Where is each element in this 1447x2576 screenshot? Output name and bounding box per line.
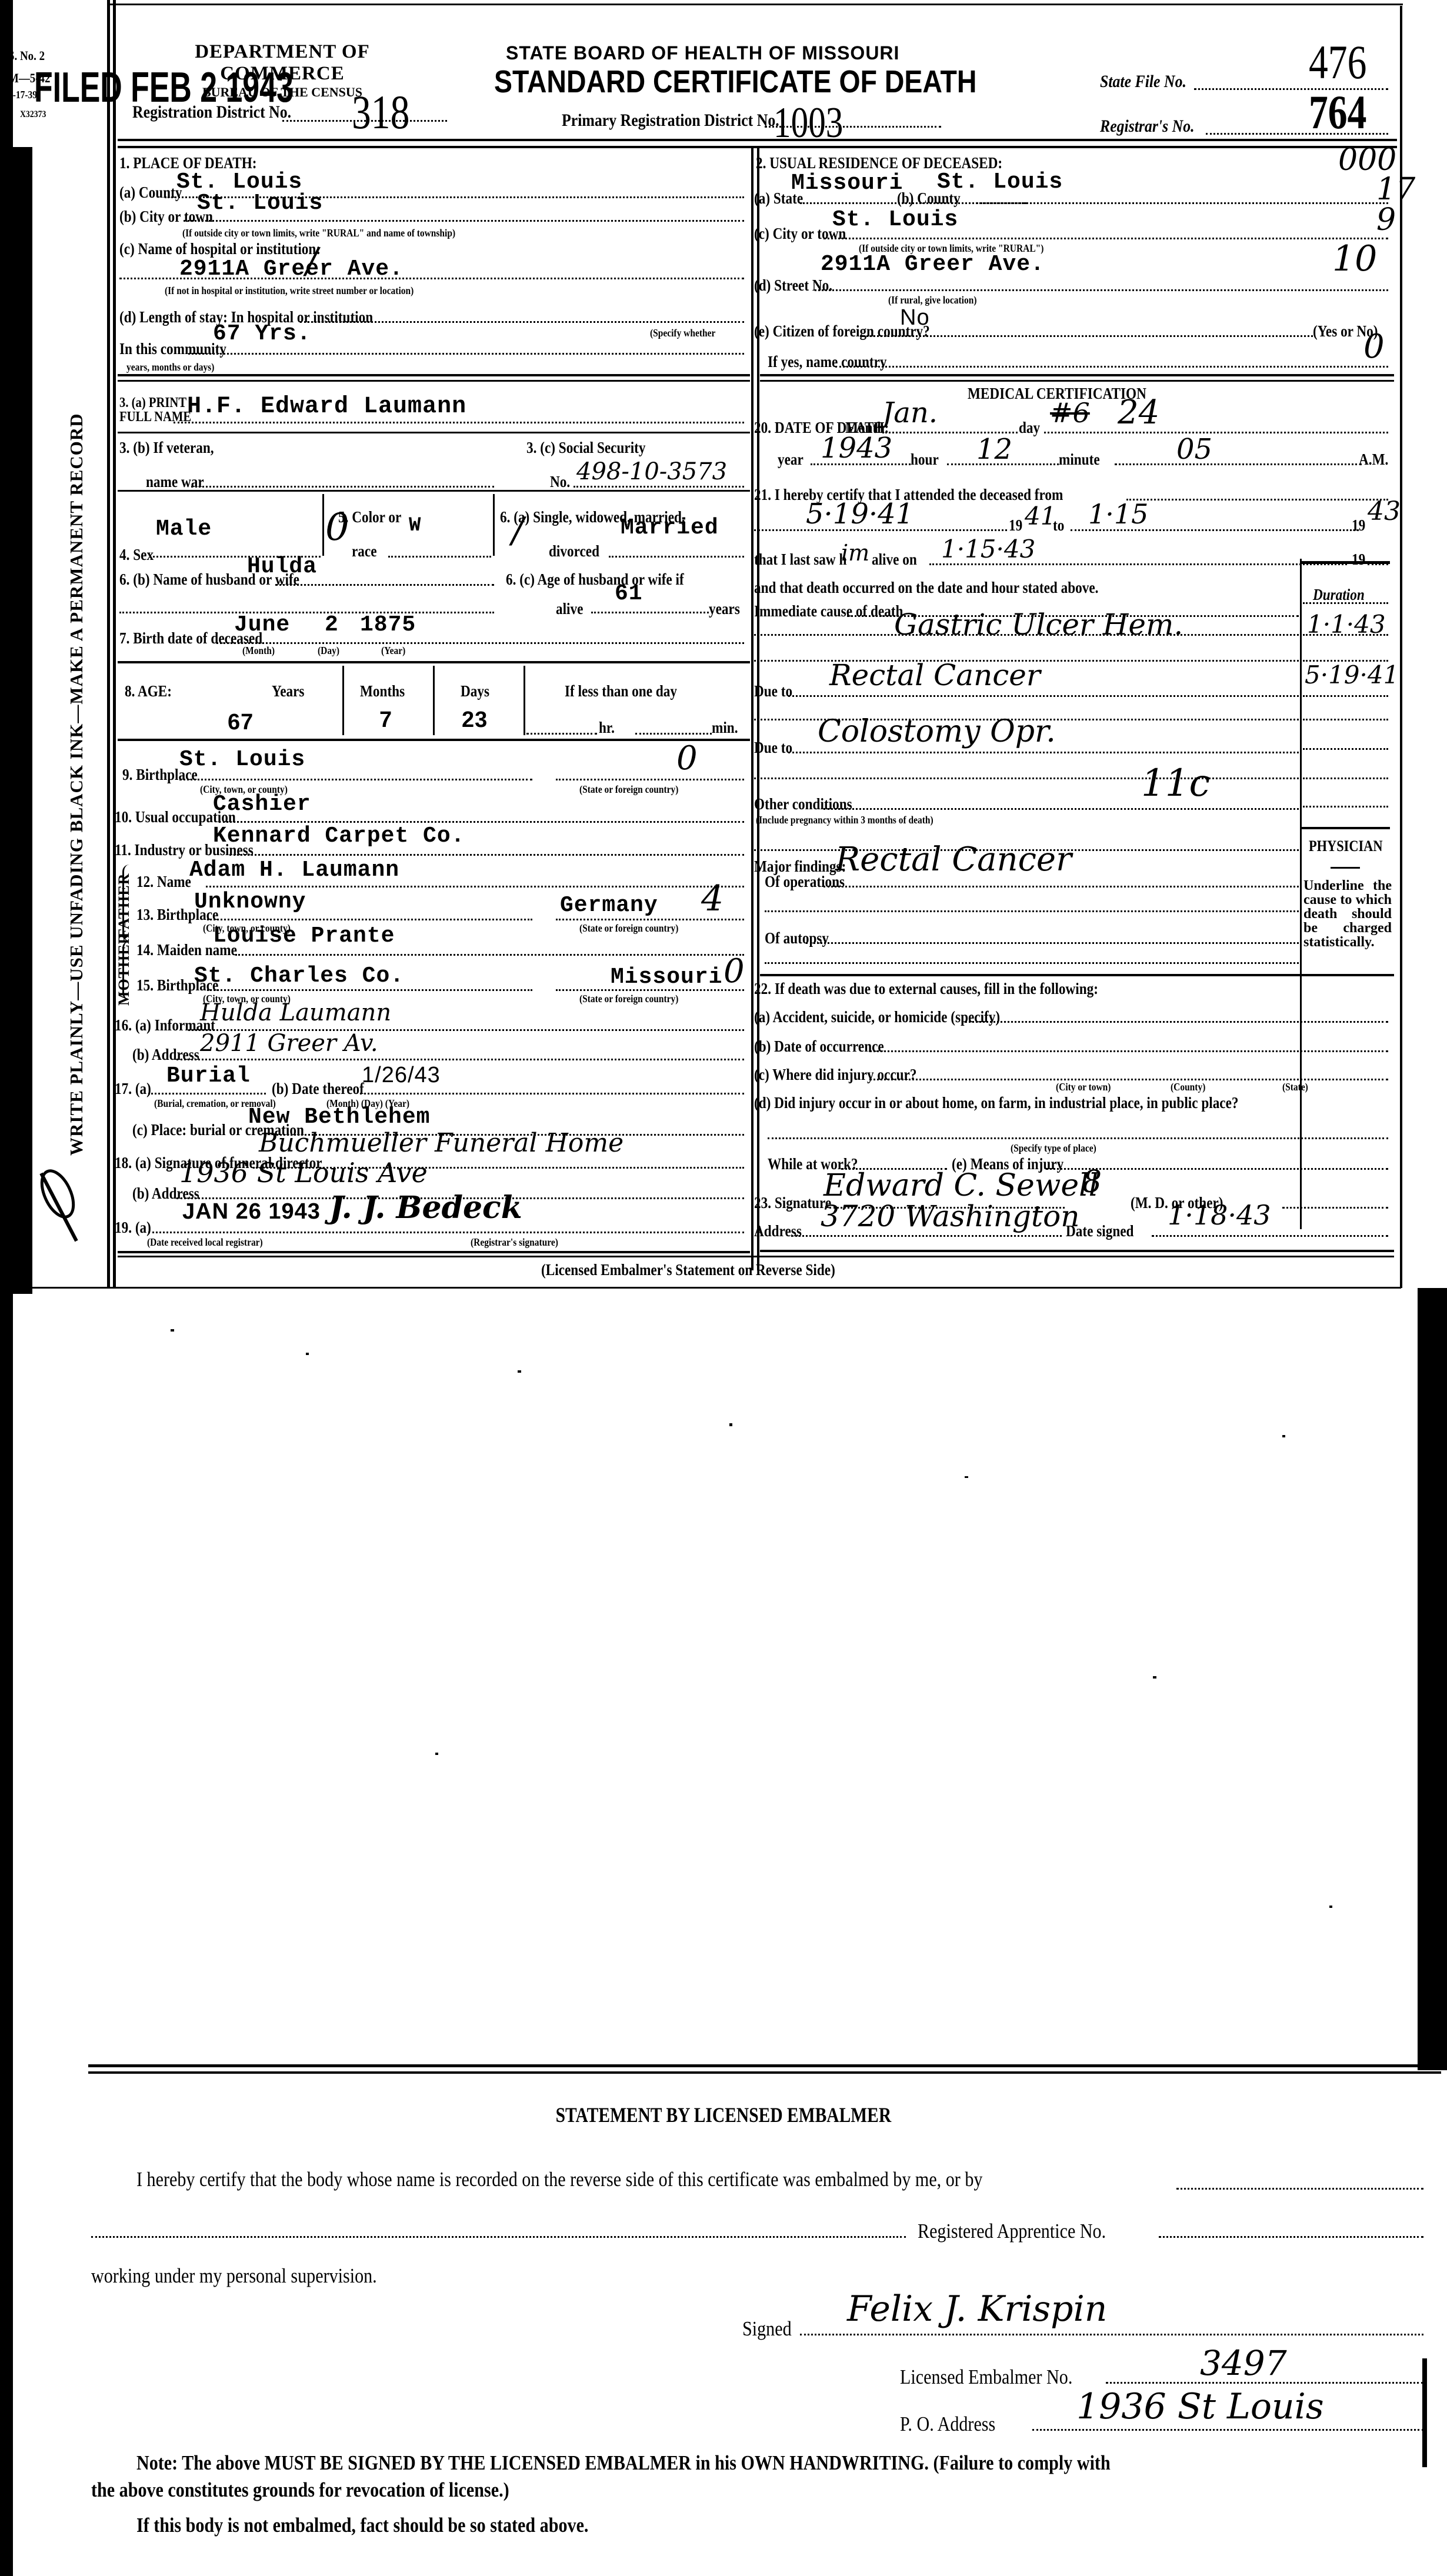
- section-rule: [118, 1256, 1394, 1257]
- alive-label: alive on: [872, 550, 917, 568]
- other-conditions-label: Other conditions: [754, 795, 852, 813]
- informant-value: Hulda Laumann: [200, 1000, 391, 1026]
- attended-to-value: 1·15: [1088, 501, 1148, 527]
- scan-speck: [729, 1423, 732, 1426]
- autopsy-label: Of autopsy: [765, 929, 829, 947]
- scan-speck: [1153, 1676, 1156, 1679]
- from-year-prefix: 19: [1009, 516, 1022, 534]
- father-name-label: 12. Name: [136, 873, 191, 890]
- age-months-label: Months: [360, 682, 405, 700]
- physician-box-text: Underline the cause to which death shoul…: [1303, 879, 1392, 949]
- res-street-label: (d) Street No.: [754, 276, 832, 294]
- frame-top: [109, 4, 1403, 5]
- age-less-label: If less than one day: [565, 682, 677, 700]
- death-year-label: year: [778, 451, 803, 468]
- registrar-sig-hint: (Registrar's signature): [471, 1236, 558, 1248]
- sex-value: Male: [156, 518, 212, 541]
- death-year-value: 1943: [821, 435, 892, 461]
- embalmer-rule-2: [88, 2071, 1441, 2074]
- marital-label-b: divorced: [549, 542, 599, 560]
- last-saw-pronoun: im: [841, 540, 869, 566]
- registration-district-value: 318: [352, 88, 409, 136]
- color-label-b: race: [352, 542, 377, 560]
- section-rule: [760, 1250, 1394, 1252]
- disposition-date-label: (b) Date thereof: [272, 1080, 364, 1097]
- form-code: 5-17-39: [8, 86, 37, 104]
- external-c-county-hint: (County): [1171, 1081, 1205, 1093]
- pod-community-hint: years, months or days): [126, 361, 214, 373]
- scan-speck: [1282, 1435, 1285, 1437]
- to-year-value: 43: [1368, 499, 1401, 525]
- to-label: to: [1053, 516, 1064, 534]
- sex-label: 4. Sex: [119, 546, 154, 563]
- father-birth-country: Germany: [560, 894, 658, 917]
- right-edge-bar: [1422, 2358, 1427, 2467]
- ss-no-label: No.: [550, 473, 570, 490]
- informant-address-value: 2911 Greer Av.: [200, 1030, 378, 1056]
- residence-code: 9: [1376, 207, 1396, 233]
- last-saw-label: that I last saw h: [754, 550, 846, 568]
- operations-value: Rectal Cancer: [835, 847, 1072, 873]
- residence-code: 000: [1338, 147, 1396, 173]
- ss-value: 498-10-3573: [576, 459, 727, 485]
- month-hint: (Month): [242, 645, 275, 656]
- alive-value: 1·15·43: [941, 536, 1035, 562]
- section-rule: [760, 974, 1394, 976]
- death-day-value: 24: [1118, 400, 1159, 426]
- embalmer-rule-1: [88, 2064, 1441, 2067]
- residence-code: 0: [1363, 334, 1385, 360]
- reverse-side-note: (Licensed Embalmer's Statement on Revers…: [541, 1261, 835, 1279]
- dept-title: DEPARTMENT OF COMMERCE: [132, 41, 432, 85]
- father-birth-code: 4: [701, 886, 723, 912]
- birthplace-code: 0: [676, 746, 698, 772]
- embalmer-note-1: Note: The above MUST BE SIGNED BY THE LI…: [136, 2451, 1111, 2475]
- year-hint: (Year): [381, 645, 405, 656]
- external-d-label: (d) Did injury occur in or about home, o…: [754, 1094, 1239, 1112]
- form-code: S. No. 2: [8, 47, 45, 65]
- color-label-a: 5. Color or: [338, 508, 401, 526]
- age-days-value: 23: [462, 708, 488, 732]
- other-conditions-mark: 11c: [1141, 770, 1210, 796]
- date-received-value: JAN 26 1943: [182, 1200, 321, 1223]
- father-brace: [122, 865, 135, 941]
- physician-signature: Edward C. Sewell: [823, 1173, 1098, 1199]
- frame-left-outer: [107, 0, 110, 1288]
- birthplace-state-hint: (State or foreign country): [579, 783, 678, 795]
- death-minute-label: minute: [1059, 451, 1100, 468]
- embalmer-heading: STATEMENT BY LICENSED EMBALMER: [556, 2103, 892, 2127]
- page-title: STANDARD CERTIFICATE OF DEATH: [494, 64, 976, 100]
- section-rule: [118, 661, 750, 663]
- scan-speck: [171, 1329, 174, 1332]
- spouse-age-value: 61: [615, 582, 643, 606]
- attended-from-value: 5·19·41: [806, 501, 913, 527]
- mother-birth-city: St. Charles Co.: [194, 965, 404, 988]
- death-day-label: day: [1019, 419, 1040, 436]
- embalmer-heading-wrap: STATEMENT BY LICENSED EMBALMER: [0, 2103, 1447, 2127]
- header-rule-1: [118, 139, 1397, 141]
- res-country-label: If yes, name country: [768, 353, 887, 371]
- mother-birth-code: 0: [723, 959, 745, 985]
- to-year-prefix: 19: [1352, 516, 1365, 534]
- apprentice-label: Registered Apprentice No.: [918, 2220, 1106, 2243]
- right-scan-edge: [1418, 1288, 1447, 2070]
- section-rule: [118, 1251, 750, 1253]
- section-rule: [118, 380, 750, 382]
- date-received-hint: (Date received local registrar): [147, 1236, 263, 1248]
- disposition-label: 17. (a): [115, 1080, 151, 1097]
- res-citizen-value: No: [900, 306, 930, 329]
- physician-address-label: Address: [754, 1222, 802, 1240]
- section-rule: [118, 432, 750, 433]
- certificate-bottom-rule: [13, 1287, 1401, 1289]
- burial-place-value: New Bethlehem: [248, 1106, 430, 1129]
- res-city-value: St. Louis: [832, 208, 958, 232]
- due1-duration: 5·19·41: [1305, 662, 1399, 688]
- father-name-value: Adam H. Laumann: [189, 859, 399, 882]
- operations-label: Of operations: [765, 873, 845, 890]
- left-scan-edge-upper: [0, 147, 32, 1294]
- pod-community-label: In this community: [119, 340, 226, 358]
- physician-box-title: PHYSICIAN: [1309, 837, 1382, 855]
- po-address-label: P. O. Address: [900, 2413, 995, 2436]
- external-b-label: (b) Date of occurrence: [754, 1037, 884, 1055]
- age-years-value: 67: [228, 710, 254, 734]
- column-divider-1: [751, 147, 753, 1270]
- age-days-label: Days: [461, 682, 489, 700]
- date-signed-label: Date signed: [1066, 1222, 1133, 1240]
- signed-label: Signed: [742, 2317, 792, 2341]
- date-signed-value: 1·18·43: [1168, 1202, 1271, 1228]
- scan-speck: [306, 1353, 309, 1355]
- registrar-signature: J. J. Bedeck: [329, 1195, 522, 1221]
- pod-hospital-label: (c) Name of hospital or institution:: [119, 240, 321, 258]
- spouse-age-unit: years: [709, 600, 740, 618]
- min-label: min.: [712, 719, 738, 736]
- external-c-label: (c) Where did injury occur?: [754, 1066, 916, 1083]
- funeral-director-value: Buchmueller Funeral Home: [259, 1130, 624, 1156]
- external-a-label: (a) Accident, suicide, or homicide (spec…: [754, 1008, 1000, 1026]
- from-year-value: 41: [1025, 503, 1056, 529]
- registrar-initial-mark: [35, 1162, 79, 1244]
- registrar-value: 764: [1309, 88, 1366, 136]
- pod-county-label: (a) County: [119, 183, 182, 201]
- external-c-city-hint: (City or town): [1056, 1081, 1111, 1093]
- due2-value: Colostomy Opr.: [818, 719, 1056, 745]
- due2-label: Due to: [754, 739, 792, 756]
- state-file-label: State File No.: [1100, 73, 1186, 91]
- pod-stay-value: 67 Yrs.: [213, 322, 311, 346]
- death-hour-value: 12: [976, 436, 1012, 462]
- embalmer-line3: working under my personal supervision.: [91, 2264, 377, 2288]
- scan-speck: [518, 1370, 521, 1373]
- occupation-value: Cashier: [213, 793, 311, 816]
- section-rule: [760, 380, 1394, 382]
- marital-code: /: [512, 518, 524, 543]
- residence-code: 17: [1376, 176, 1415, 202]
- spouse-age-label-a: 6. (c) Age of husband or wife if: [506, 570, 684, 588]
- death-day-strikeout: #6: [1050, 400, 1090, 426]
- physician-address-value: 3720 Washington: [821, 1203, 1079, 1229]
- duration-label: Duration: [1313, 586, 1365, 603]
- alive-year-prefix: 19: [1352, 550, 1365, 568]
- death-month-value: Jan.: [882, 400, 938, 426]
- mother-brace: [122, 941, 135, 1000]
- immediate-cause-label: Immediate cause of death: [754, 602, 903, 620]
- primary-district-label: Primary Registration District No.: [562, 112, 779, 129]
- father-state-hint: (State or foreign country): [579, 922, 678, 934]
- marital-value: Married: [621, 516, 719, 540]
- instruction-vertical-text: WRITE PLAINLY—USE UNFADING BLACK INK—MAK…: [66, 156, 87, 1156]
- day-hint: (Day): [318, 645, 339, 656]
- ss-label: 3. (c) Social Security: [526, 439, 645, 456]
- full-name-value: H.F. Edward Laumann: [187, 395, 466, 419]
- external-c-state-hint: (State): [1282, 1081, 1308, 1093]
- disposition-date-value: 1/26/43: [362, 1063, 441, 1087]
- mother-birth-state: Missouri: [611, 966, 722, 989]
- res-street-hint: (If rural, give location): [888, 294, 976, 306]
- pod-hospital-mark: /: [306, 248, 318, 274]
- mother-state-hint: (State or foreign country): [579, 993, 678, 1005]
- license-label: Licensed Embalmer No.: [900, 2365, 1072, 2389]
- due1-value: Rectal Cancer: [829, 662, 1041, 688]
- embalmer-line1: I hereby certify that the body whose nam…: [136, 2168, 982, 2191]
- res-county-value: St. Louis: [937, 171, 1063, 194]
- license-value: 3497: [1200, 2350, 1287, 2376]
- signature-label: 23. Signature: [754, 1194, 831, 1212]
- spouse-value: Hulda: [247, 555, 317, 579]
- res-state-value: Missouri: [791, 172, 903, 195]
- registrar-row-label: 19. (a): [115, 1219, 151, 1236]
- spouse-age-label-b: alive: [556, 600, 583, 618]
- mother-maiden-value: Louise Prante: [213, 925, 395, 948]
- registrar-label: Registrar's No.: [1100, 118, 1195, 135]
- external-d-hint: (Specify type of place): [1011, 1142, 1096, 1154]
- pod-city-hint: (If outside city or town limits, write "…: [182, 227, 455, 239]
- birth-day: 2: [325, 613, 339, 637]
- residence-code: 10: [1332, 246, 1377, 272]
- embalmer-note-3: If this body is not embalmed, fact shoul…: [136, 2514, 588, 2537]
- death-ampm: A.M.: [1359, 451, 1388, 468]
- section-rule: [118, 490, 750, 492]
- industry-value: Kennard Carpet Co.: [213, 825, 465, 848]
- po-address-value: 1936 St Louis: [1076, 2394, 1324, 2420]
- birthplace-value: St. Louis: [179, 748, 305, 772]
- death-hour-label: hour: [911, 451, 939, 468]
- state-file-value: 476: [1309, 38, 1366, 86]
- birth-month: June: [234, 613, 290, 637]
- age-label: 8. AGE:: [125, 682, 172, 700]
- age-years-label: Years: [272, 682, 304, 700]
- death-minute-value: 05: [1176, 436, 1212, 462]
- embalmer-signature: Felix J. Krispin: [847, 2296, 1107, 2322]
- embalmer-note-2: the above constitutes grounds for revoca…: [91, 2478, 509, 2502]
- pod-hospital-hint: (If not in hospital or institution, writ…: [165, 285, 414, 296]
- scan-speck: [965, 1476, 968, 1478]
- external-heading: 22. If death was due to external causes,…: [754, 980, 1098, 997]
- informant-address-label: (b) Address: [132, 1046, 199, 1063]
- hr-label: hr.: [599, 719, 615, 736]
- father-birth-city: Unknowny: [194, 890, 306, 914]
- section-rule: [118, 374, 750, 376]
- section-rule: [118, 739, 750, 741]
- occurred-text: and that death occurred on the date and …: [754, 579, 1098, 596]
- due1-label: Due to: [754, 682, 792, 700]
- funeral-address-value: 1936 St Louis Ave: [179, 1160, 428, 1186]
- veteran-label: 3. (b) If veteran,: [119, 439, 214, 456]
- pod-stay-hint: (Specify whether: [650, 327, 715, 339]
- age-months-value: 7: [379, 708, 392, 732]
- scan-speck: [435, 1753, 438, 1755]
- section-rule: [760, 374, 1394, 376]
- scan-speck: [1329, 1906, 1332, 1908]
- birth-year: 1875: [360, 613, 416, 637]
- board-title: STATE BOARD OF HEALTH OF MISSOURI: [506, 42, 899, 64]
- res-street-value: 2911A Greer Ave.: [821, 253, 1045, 276]
- registration-district-label: Registration District No.: [132, 104, 291, 121]
- color-value: W: [409, 514, 421, 538]
- other-conditions-hint: (Include pregnancy within 3 months of de…: [756, 814, 933, 826]
- disposition-value: Burial: [166, 1065, 251, 1088]
- pod-city-value: St. Louis: [197, 192, 323, 215]
- war-label: name war: [146, 473, 204, 490]
- physician-signature-code: 8: [1082, 1169, 1102, 1195]
